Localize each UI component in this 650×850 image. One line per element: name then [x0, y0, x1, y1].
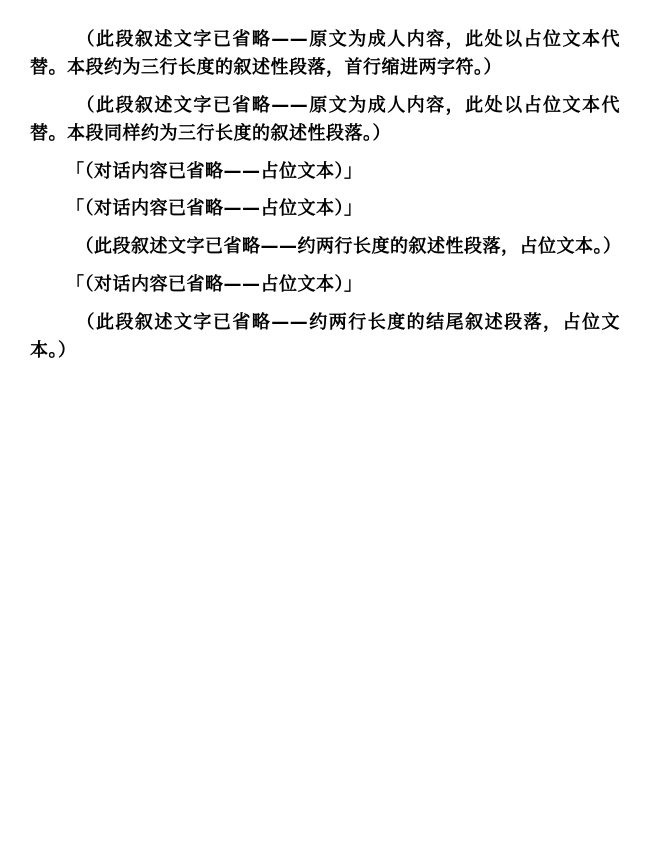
dialogue-line-1: 「（对话内容已省略——占位文本）」	[30, 158, 620, 186]
paragraph-4: （此段叙述文字已省略——约两行长度的结尾叙述段落，占位文本。）	[30, 309, 620, 365]
paragraph-2: （此段叙述文字已省略——原文为成人内容，此处以占位文本代替。本段同样约为三行长度…	[30, 92, 620, 148]
document-page: （此段叙述文字已省略——原文为成人内容，此处以占位文本代替。本段约为三行长度的叙…	[0, 0, 650, 850]
dialogue-line-3: 「（对话内容已省略——占位文本）」	[30, 271, 620, 299]
paragraph-3: （此段叙述文字已省略——约两行长度的叙述性段落，占位文本。）	[30, 233, 620, 261]
dialogue-line-2: 「（对话内容已省略——占位文本）」	[30, 195, 620, 223]
paragraph-1: （此段叙述文字已省略——原文为成人内容，此处以占位文本代替。本段约为三行长度的叙…	[30, 26, 620, 82]
